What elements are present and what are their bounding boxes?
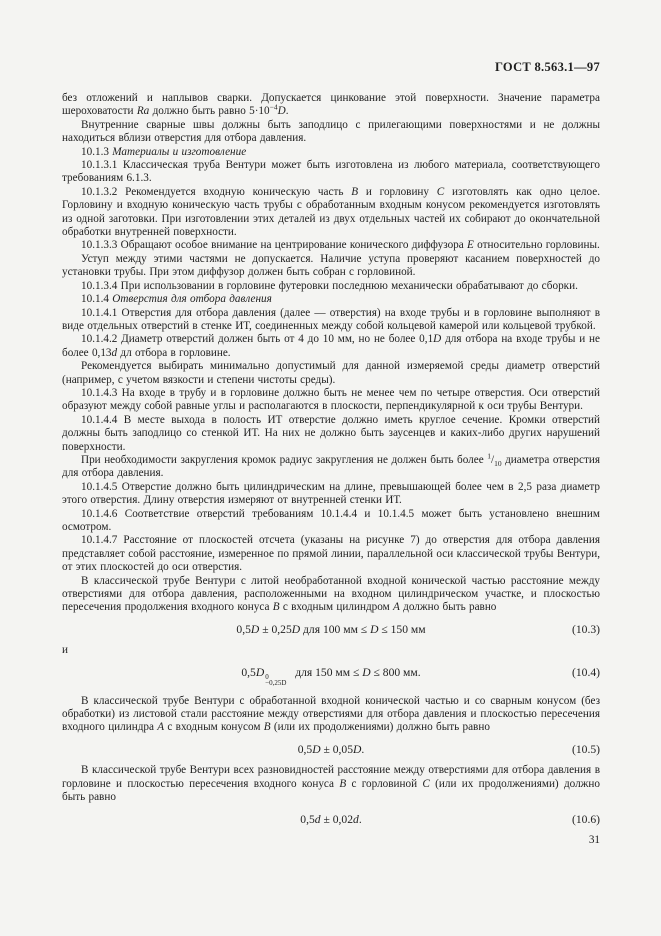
formula-row: 0,5d ± 0,02d.(10.6) [62,813,600,826]
formula-expression: 0,5D ± 0,05D. [298,743,365,756]
paragraph: 10.1.4.5 Отверстие должно быть цилиндрич… [62,481,600,508]
paragraph: и [62,644,600,657]
formula-number: (10.3) [572,623,600,636]
paragraph: 10.1.3.2 Рекомендуется входную коническу… [62,186,600,240]
formula-expression: 0,5D0−0,25D для 150 мм ≤ D ≤ 800 мм. [241,666,420,679]
sup-sub-stack: 0−0,25D [265,674,286,687]
paragraph: В классической трубе Вентури с литой нео… [62,575,600,615]
formula-row: 0,5D0−0,25D для 150 мм ≤ D ≤ 800 мм.(10.… [62,666,600,687]
paragraph: При необходимости закругления кромок рад… [62,454,600,481]
formula-row: 0,5D ± 0,25D для 100 мм ≤ D ≤ 150 мм(10.… [62,623,600,636]
formula-expression: 0,5D ± 0,25D для 100 мм ≤ D ≤ 150 мм [236,623,425,636]
formula-row: 0,5D ± 0,05D.(10.5) [62,743,600,756]
formula-number: (10.4) [572,666,600,679]
section-heading: 10.1.4 Отверстия для отбора давления [62,293,600,306]
paragraph: 10.1.4.4 В месте выхода в полость ИТ отв… [62,414,600,454]
paragraph: Внутренние сварные швы должны быть запод… [62,119,600,146]
paragraph: 10.1.3.4 При использовании в горловине ф… [62,280,600,293]
paragraph: 10.1.4.3 На входе в трубу и в горловине … [62,387,600,414]
paragraph: 10.1.4.1 Отверстия для отбора давления (… [62,307,600,334]
document-page: ГОСТ 8.563.1—97 без отложений и наплывов… [0,0,661,936]
paragraph: без отложений и наплывов сварки. Допуска… [62,92,600,119]
paragraph: В классической трубе Вентури всех разнов… [62,764,600,804]
paragraph: В классической трубе Вентури с обработан… [62,695,600,735]
formula-number: (10.5) [572,743,600,756]
paragraph: Рекомендуется выбирать минимально допуст… [62,360,600,387]
paragraph: 10.1.3.1 Классическая труба Вентури може… [62,159,600,186]
document-body: без отложений и наплывов сварки. Допуска… [62,92,600,826]
formula-expression: 0,5d ± 0,02d. [300,813,361,826]
paragraph: Уступ между этими частями не допускается… [62,253,600,280]
formula-number: (10.6) [572,813,600,826]
paragraph: 10.1.3.3 Обращают особое внимание на цен… [62,239,600,252]
section-heading: 10.1.3 Материалы и изготовление [62,146,600,159]
page-number: 31 [62,834,600,847]
paragraph: 10.1.4.2 Диаметр отверстий должен быть о… [62,333,600,360]
paragraph: 10.1.4.7 Расстояние от плоскостей отсчет… [62,534,600,574]
paragraph: 10.1.4.6 Соответствие отверстий требован… [62,508,600,535]
document-header: ГОСТ 8.563.1—97 [62,60,600,74]
